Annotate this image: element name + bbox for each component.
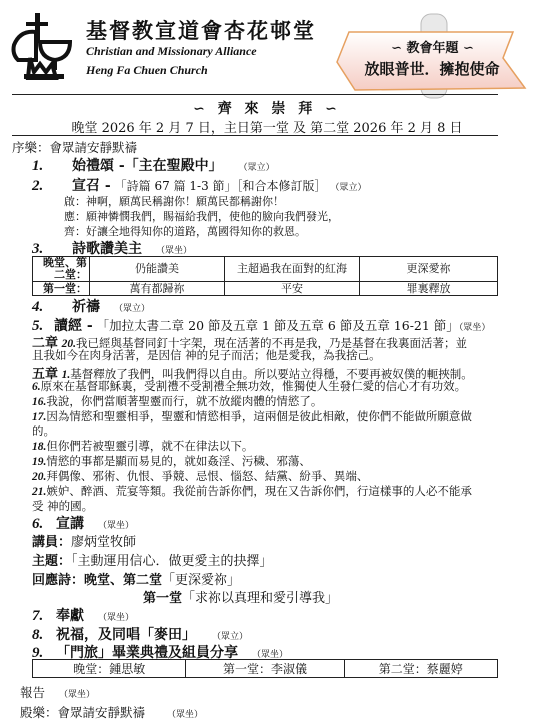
graduation-cell: 第二堂：蔡麗婷: [344, 660, 497, 678]
hymn-cell: 仍能讚美: [90, 257, 225, 282]
table-row: 晚堂、第二堂： 仍能讚美 主超過我在面對的紅海 更深愛祢: [33, 257, 498, 282]
verse-continuation: 受 神的國。: [32, 498, 93, 514]
prelude: 序樂：會眾請安靜默禱: [12, 138, 137, 156]
graduation-cell: 晚堂：鍾思敏: [33, 660, 186, 678]
hymn-row-label: 第一堂：: [33, 282, 90, 296]
service-title: ∽ 齊 來 崇 拜 ∽: [0, 98, 534, 118]
verse: 17.因為情慾和聖靈相爭，聖靈和情慾相爭，這兩個是彼此相敵，使你們不能做所願意做: [32, 408, 472, 424]
responsive-reading-all: 齊：好讓全地得知你的道路，萬國得知你的救恩。: [64, 223, 306, 239]
responsive-reading-leader: 啟：神啊，願萬民稱謝你！願萬民都稱謝你！: [64, 193, 284, 209]
verse: 19.情慾的事都是顯而易見的，就如姦淫、污穢、邪蕩、: [32, 453, 311, 469]
table-row: 晚堂：鍾思敏 第一堂：李淑儀 第二堂：蔡麗婷: [33, 660, 498, 678]
item-invocation: 2.宣召 - 「詩篇 67 篇 1-3 節」［和合本修訂版］ （眾立）: [32, 175, 367, 195]
graduation-cell: 第一堂：李淑儀: [186, 660, 344, 678]
hymn-cell: 更深愛祢: [360, 257, 498, 282]
church-name-zh: 基督教宣道會杏花邨堂: [86, 15, 316, 45]
theme-banner: ∽ 教會年題 ∽ 放眼普世．擁抱使命: [335, 10, 531, 102]
hymn-row-label: 晚堂、第二堂：: [33, 257, 90, 282]
hymn-cell: 平安: [225, 282, 360, 296]
response-hymn-1: 回應詩：晚堂、第二堂「更深愛祢」: [32, 569, 240, 588]
verse: 18.但你們若被聖靈引導，就不在律法以下。: [32, 438, 253, 454]
item-hymns: 3.詩歌讚美主 （眾坐）: [32, 238, 192, 258]
service-dates: 晚堂 2026 年 2 月 7 日，主日第一堂 及 第二堂 2026 年 2 月…: [0, 117, 534, 136]
flourish-right-icon: ∽: [316, 101, 341, 117]
sermon-topic: 主題：「主動運用信心．做更愛主的抉擇」: [32, 550, 273, 569]
verse: 16.我說，你們當順著聖靈而行，就不放縱肉體的情慾了。: [32, 393, 322, 409]
item-offering: 7.奉獻 （眾坐）: [32, 605, 134, 625]
flourish-left-icon: ∽: [193, 101, 218, 117]
hymn-cell: 萬有都歸祢: [90, 282, 225, 296]
flourish-left-icon: ∽: [391, 41, 406, 56]
dates-divider: [12, 135, 498, 136]
header-divider: [12, 94, 498, 95]
item-benediction: 8.祝福，及同唱「麥田」 （眾立）: [32, 624, 248, 644]
verse: 6.原來在基督耶穌裏，受割禮不受割禮全無功效，惟獨使人生發仁愛的信心才有功效。: [32, 378, 466, 394]
cross-chalice-crown-icon: [6, 12, 78, 84]
hymn-table: 晚堂、第二堂： 仍能讚美 主超過我在面對的紅海 更深愛祢 第一堂： 萬有都歸祢 …: [32, 256, 498, 296]
item-call-to-worship: 1.始禮頌 -「主在聖殿中」 （眾立）: [32, 155, 275, 175]
hymn-cell: 主超過我在面對的紅海: [225, 257, 360, 282]
item-prayer: 4.祈禱 （眾立）: [32, 296, 150, 316]
theme-label: ∽ 教會年題 ∽: [355, 37, 510, 56]
verse-continuation: 且我如今在肉身活著，是因信 神的兒子而活；他是愛我，為我捨己。: [32, 347, 381, 363]
theme-text: 放眼普世．擁抱使命: [343, 58, 521, 79]
table-row: 第一堂： 萬有都歸祢 平安 罪裏釋放: [33, 282, 498, 296]
postlude: 殿樂：會眾請安靜默禱 （眾坐）: [20, 703, 203, 721]
response-hymn-2: 第一堂「求祢以真理和愛引導我」: [143, 587, 338, 606]
sermon-speaker: 講員：廖炳堂牧師: [32, 531, 136, 550]
church-name-en-line1: Christian and Missionary Alliance: [86, 44, 257, 59]
church-name-en-line2: Heng Fa Chuen Church: [86, 63, 208, 78]
item-sermon: 6.宣講 （眾坐）: [32, 513, 134, 533]
church-logo: [6, 12, 78, 84]
verse-continuation: 的。: [32, 423, 55, 439]
verse: 20.拜偶像、邪術、仇恨、爭競、忌恨、惱怒、結黨、紛爭、異端、: [32, 468, 368, 484]
graduation-table: 晚堂：鍾思敏 第一堂：李淑儀 第二堂：蔡麗婷: [32, 659, 498, 678]
verse: 21.嫉妒、醉酒、荒宴等類。我從前告訴你們，現在又告訴你們，行這樣事的人必不能承: [32, 483, 472, 499]
flourish-right-icon: ∽: [459, 41, 474, 56]
responsive-reading-response: 應：願神憐憫我們，賜福給我們，使他的臉向我們發光，: [64, 208, 339, 224]
hymn-cell: 罪裏釋放: [360, 282, 498, 296]
announcements: 報告 （眾坐）: [20, 683, 95, 701]
